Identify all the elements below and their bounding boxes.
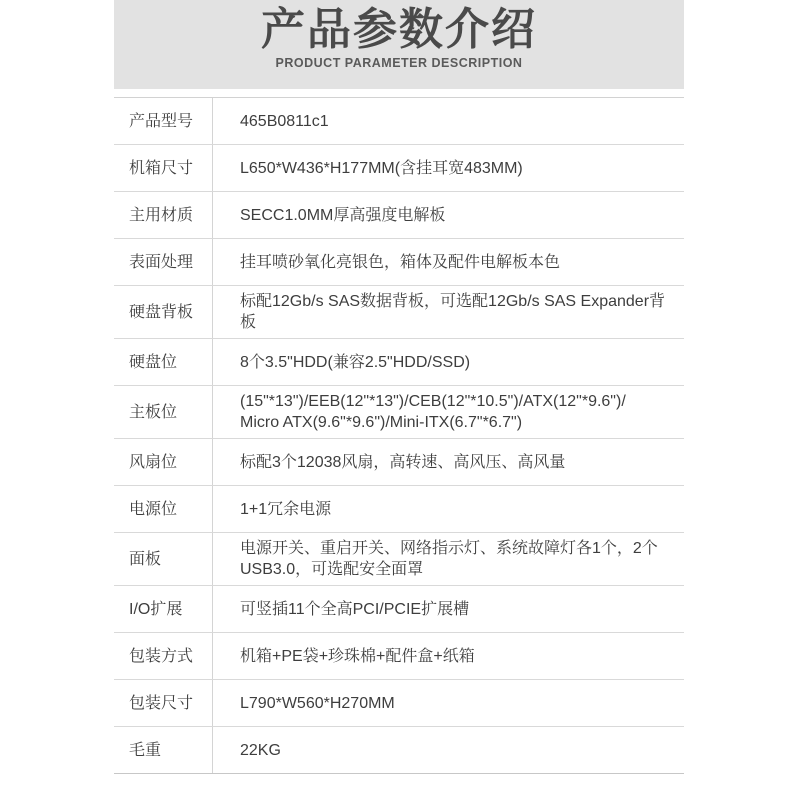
page-title: 产品参数介绍 [114, 0, 684, 55]
row-label: 机箱尺寸 [114, 145, 213, 191]
table-row: 包装方式机箱+PE袋+珍珠棉+配件盒+纸箱 [114, 633, 684, 680]
row-label: 面板 [114, 533, 213, 585]
row-value: 机箱+PE袋+珍珠棉+配件盒+纸箱 [213, 633, 684, 679]
table-row: I/O扩展可竖插11个全高PCI/PCIE扩展槽 [114, 586, 684, 633]
row-value: 8个3.5"HDD(兼容2.5"HDD/SSD) [213, 339, 684, 385]
row-label: 产品型号 [114, 98, 213, 144]
table-row: 主用材质SECC1.0MM厚高强度电解板 [114, 192, 684, 239]
row-value: 电源开关、重启开关、网络指示灯、系统故障灯各1个，2个 USB3.0，可选配安全… [213, 533, 684, 585]
header-band: 产品参数介绍 PRODUCT PARAMETER DESCRIPTION [114, 0, 684, 89]
row-label: 包装尺寸 [114, 680, 213, 726]
row-value: 标配12Gb/s SAS数据背板，可选配12Gb/s SAS Expander背… [213, 286, 684, 338]
table-row: 表面处理挂耳喷砂氧化亮银色，箱体及配件电解板本色 [114, 239, 684, 286]
row-label: 电源位 [114, 486, 213, 532]
row-label: 风扇位 [114, 439, 213, 485]
row-label: 毛重 [114, 727, 213, 773]
table-row: 主板位(15"*13")/EEB(12"*13")/CEB(12"*10.5")… [114, 386, 684, 439]
table-row: 电源位1+1冗余电源 [114, 486, 684, 533]
row-value: SECC1.0MM厚高强度电解板 [213, 192, 684, 238]
row-value: 22KG [213, 727, 684, 773]
row-value: 挂耳喷砂氧化亮银色，箱体及配件电解板本色 [213, 239, 684, 285]
table-row: 风扇位标配3个12038风扇，高转速、高风压、高风量 [114, 439, 684, 486]
table-row: 硬盘背板标配12Gb/s SAS数据背板，可选配12Gb/s SAS Expan… [114, 286, 684, 339]
table-row: 硬盘位8个3.5"HDD(兼容2.5"HDD/SSD) [114, 339, 684, 386]
row-value: 1+1冗余电源 [213, 486, 684, 532]
row-label: 包装方式 [114, 633, 213, 679]
table-row: 包装尺寸L790*W560*H270MM [114, 680, 684, 727]
row-value: L790*W560*H270MM [213, 680, 684, 726]
row-label: 表面处理 [114, 239, 213, 285]
spec-table: 产品型号465B0811c1机箱尺寸L650*W436*H177MM(含挂耳宽4… [114, 97, 684, 774]
table-row: 机箱尺寸L650*W436*H177MM(含挂耳宽483MM) [114, 145, 684, 192]
row-label: 硬盘背板 [114, 286, 213, 338]
row-value: 465B0811c1 [213, 98, 684, 144]
page-subtitle: PRODUCT PARAMETER DESCRIPTION [114, 56, 684, 71]
table-row: 产品型号465B0811c1 [114, 98, 684, 145]
page: 产品参数介绍 PRODUCT PARAMETER DESCRIPTION 产品型… [0, 0, 800, 800]
row-value: L650*W436*H177MM(含挂耳宽483MM) [213, 145, 684, 191]
row-value: 可竖插11个全高PCI/PCIE扩展槽 [213, 586, 684, 632]
row-label: 主板位 [114, 386, 213, 438]
row-label: 主用材质 [114, 192, 213, 238]
table-row: 面板电源开关、重启开关、网络指示灯、系统故障灯各1个，2个 USB3.0，可选配… [114, 533, 684, 586]
row-value: (15"*13")/EEB(12"*13")/CEB(12"*10.5")/AT… [213, 386, 684, 438]
row-label: 硬盘位 [114, 339, 213, 385]
row-label: I/O扩展 [114, 586, 213, 632]
row-value: 标配3个12038风扇，高转速、高风压、高风量 [213, 439, 684, 485]
table-row: 毛重22KG [114, 727, 684, 774]
